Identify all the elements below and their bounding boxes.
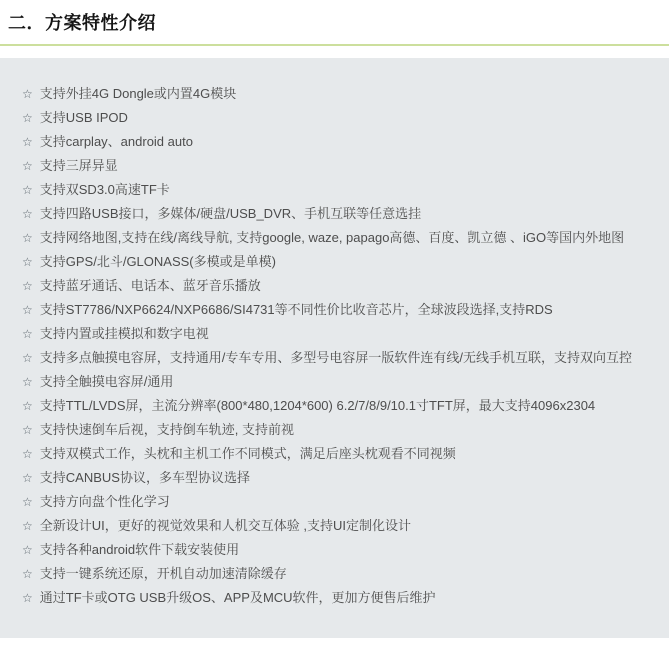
page: 二．方案特性介绍 ☆支持外挂4G Dongle或内置4G模块☆支持USB IPO… bbox=[0, 0, 669, 647]
star-bullet-icon: ☆ bbox=[22, 514, 33, 538]
feature-item: ☆通过TF卡或OTG USB升级OS、APP及MCU软件，更加方便售后维护 bbox=[22, 586, 657, 610]
feature-item: ☆支持各种android软件下载安装使用 bbox=[22, 538, 657, 562]
feature-text: 支持外挂4G Dongle或内置4G模块 bbox=[40, 86, 237, 101]
feature-item: ☆支持双SD3.0高速TF卡 bbox=[22, 178, 657, 202]
star-bullet-icon: ☆ bbox=[22, 490, 33, 514]
star-bullet-icon: ☆ bbox=[22, 370, 33, 394]
feature-text: 支持方向盘个性化学习 bbox=[40, 494, 170, 509]
feature-item: ☆支持蓝牙通话、电话本、蓝牙音乐播放 bbox=[22, 274, 657, 298]
star-bullet-icon: ☆ bbox=[22, 442, 33, 466]
feature-text: 支持蓝牙通话、电话本、蓝牙音乐播放 bbox=[40, 278, 261, 293]
feature-item: ☆支持一键系统还原，开机自动加速清除缓存 bbox=[22, 562, 657, 586]
feature-text: 支持多点触摸电容屏，支持通用/专车专用、多型号电容屏一版软件连有线/无线手机互联… bbox=[40, 350, 632, 365]
feature-text: 通过TF卡或OTG USB升级OS、APP及MCU软件，更加方便售后维护 bbox=[40, 590, 436, 605]
feature-item: ☆支持carplay、android auto bbox=[22, 130, 657, 154]
feature-text: 支持三屏异显 bbox=[40, 158, 118, 173]
star-bullet-icon: ☆ bbox=[22, 250, 33, 274]
feature-text: 支持快速倒车后视，支持倒车轨迹, 支持前视 bbox=[40, 422, 294, 437]
feature-text: 支持GPS/北斗/GLONASS(多模或是单模) bbox=[40, 254, 276, 269]
feature-item: ☆支持网络地图,支持在线/离线导航, 支持google, waze, papag… bbox=[22, 226, 657, 250]
section-heading: 二．方案特性介绍 bbox=[0, 0, 669, 35]
star-bullet-icon: ☆ bbox=[22, 226, 33, 250]
feature-item: ☆支持全触摸电容屏/通用 bbox=[22, 370, 657, 394]
feature-text: 支持ST7786/NXP6624/NXP6686/SI4731等不同性价比收音芯… bbox=[40, 302, 553, 317]
feature-text: 支持双模式工作，头枕和主机工作不同模式，满足后座头枕观看不同视频 bbox=[40, 446, 456, 461]
feature-text: 支持全触摸电容屏/通用 bbox=[40, 374, 174, 389]
feature-item: ☆支持内置或挂模拟和数字电视 bbox=[22, 322, 657, 346]
star-bullet-icon: ☆ bbox=[22, 322, 33, 346]
feature-item: ☆支持双模式工作，头枕和主机工作不同模式，满足后座头枕观看不同视频 bbox=[22, 442, 657, 466]
star-bullet-icon: ☆ bbox=[22, 346, 33, 370]
feature-text: 全新设计UI，更好的视觉效果和人机交互体验 ,支持UI定制化设计 bbox=[40, 518, 411, 533]
feature-item: ☆支持GPS/北斗/GLONASS(多模或是单模) bbox=[22, 250, 657, 274]
feature-text: 支持四路USB接口，多媒体/硬盘/USB_DVR、手机互联等任意选挂 bbox=[40, 206, 421, 221]
star-bullet-icon: ☆ bbox=[22, 394, 33, 418]
feature-list: ☆支持外挂4G Dongle或内置4G模块☆支持USB IPOD☆支持carpl… bbox=[0, 58, 669, 638]
feature-item: ☆支持方向盘个性化学习 bbox=[22, 490, 657, 514]
feature-item: ☆支持TTL/LVDS屏，主流分辨率(800*480,1204*600) 6.2… bbox=[22, 394, 657, 418]
feature-item: ☆支持外挂4G Dongle或内置4G模块 bbox=[22, 82, 657, 106]
feature-text: 支持各种android软件下载安装使用 bbox=[40, 542, 239, 557]
feature-text: 支持一键系统还原，开机自动加速清除缓存 bbox=[40, 566, 287, 581]
feature-item: ☆支持多点触摸电容屏，支持通用/专车专用、多型号电容屏一版软件连有线/无线手机互… bbox=[22, 346, 657, 370]
star-bullet-icon: ☆ bbox=[22, 202, 33, 226]
feature-item: ☆支持CANBUS协议，多车型协议选择 bbox=[22, 466, 657, 490]
star-bullet-icon: ☆ bbox=[22, 586, 33, 610]
star-bullet-icon: ☆ bbox=[22, 298, 33, 322]
feature-text: 支持carplay、android auto bbox=[40, 134, 193, 149]
feature-text: 支持网络地图,支持在线/离线导航, 支持google, waze, papago… bbox=[40, 230, 624, 245]
star-bullet-icon: ☆ bbox=[22, 106, 33, 130]
feature-item: ☆支持USB IPOD bbox=[22, 106, 657, 130]
star-bullet-icon: ☆ bbox=[22, 178, 33, 202]
feature-text: 支持CANBUS协议，多车型协议选择 bbox=[40, 470, 250, 485]
feature-item: ☆支持四路USB接口，多媒体/硬盘/USB_DVR、手机互联等任意选挂 bbox=[22, 202, 657, 226]
star-bullet-icon: ☆ bbox=[22, 538, 33, 562]
star-bullet-icon: ☆ bbox=[22, 466, 33, 490]
feature-text: 支持内置或挂模拟和数字电视 bbox=[40, 326, 209, 341]
star-bullet-icon: ☆ bbox=[22, 130, 33, 154]
feature-text: 支持双SD3.0高速TF卡 bbox=[40, 182, 170, 197]
feature-text: 支持TTL/LVDS屏，主流分辨率(800*480,1204*600) 6.2/… bbox=[40, 398, 595, 413]
green-divider bbox=[0, 44, 669, 46]
feature-text: 支持USB IPOD bbox=[40, 110, 128, 125]
feature-item: ☆支持ST7786/NXP6624/NXP6686/SI4731等不同性价比收音… bbox=[22, 298, 657, 322]
star-bullet-icon: ☆ bbox=[22, 418, 33, 442]
star-bullet-icon: ☆ bbox=[22, 154, 33, 178]
feature-item: ☆支持快速倒车后视，支持倒车轨迹, 支持前视 bbox=[22, 418, 657, 442]
feature-item: ☆支持三屏异显 bbox=[22, 154, 657, 178]
star-bullet-icon: ☆ bbox=[22, 82, 33, 106]
feature-item: ☆全新设计UI，更好的视觉效果和人机交互体验 ,支持UI定制化设计 bbox=[22, 514, 657, 538]
star-bullet-icon: ☆ bbox=[22, 562, 33, 586]
star-bullet-icon: ☆ bbox=[22, 274, 33, 298]
features-panel: ☆支持外挂4G Dongle或内置4G模块☆支持USB IPOD☆支持carpl… bbox=[0, 58, 669, 638]
